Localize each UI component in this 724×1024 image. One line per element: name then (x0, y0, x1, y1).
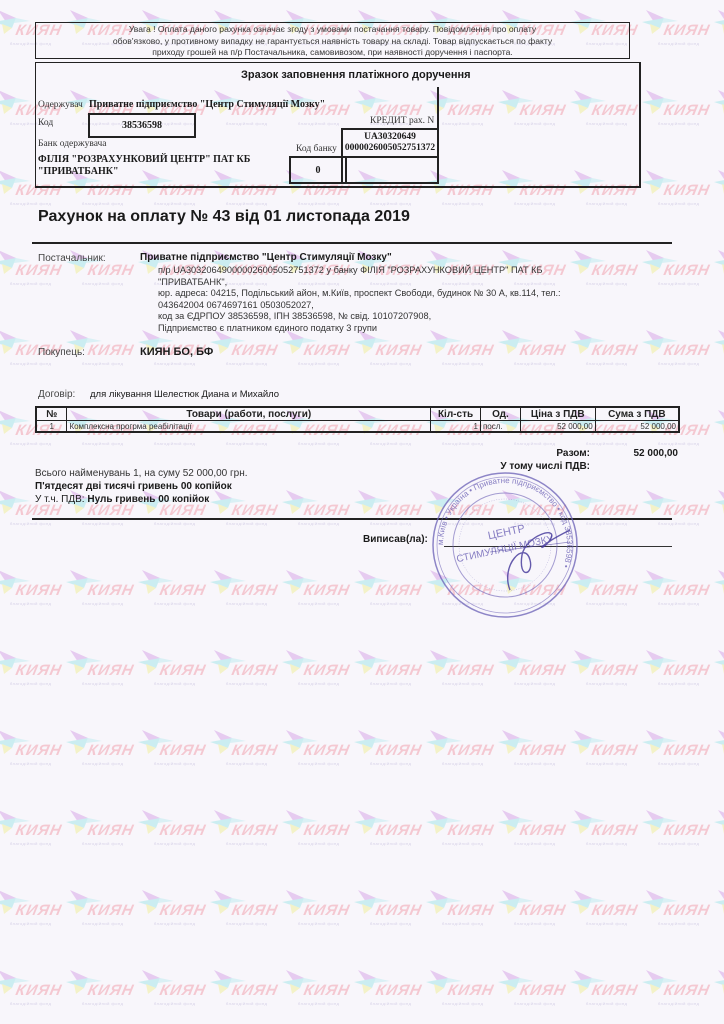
watermark-logo: КИЯНблагодійний фонд (280, 328, 342, 372)
supplier-details: п/р UA303206490000026005052751372 у банк… (158, 265, 598, 335)
watermark-logo: КИЯНблагодійний фонд (352, 968, 414, 1012)
watermark-logo: КИЯНблагодійний фонд (352, 568, 414, 612)
watermark-logo: КИЯНблагодійний фонд (0, 568, 54, 612)
watermark-logo: КИЯНблагодійний фонд (64, 808, 126, 852)
summary: Всього найменувань 1, на суму 52 000,00 … (35, 467, 248, 506)
watermark-logo: КИЯНблагодійний фонд (424, 328, 486, 372)
amount-in-words: П'ятдесят дві тисячі гривень 00 копійок (35, 480, 248, 493)
watermark-logo: КИЯНблагодійний фонд (208, 328, 270, 372)
watermark-logo: КИЯНблагодійний фонд (712, 888, 724, 932)
watermark-logo: КИЯНблагодійний фонд (280, 568, 342, 612)
cell-unit: посл. (480, 421, 520, 433)
watermark-logo: КИЯНблагодійний фонд (640, 8, 702, 52)
watermark-logo: КИЯНблагодійний фонд (712, 8, 724, 52)
watermark-logo: КИЯНблагодійний фонд (64, 728, 126, 772)
watermark-logo: КИЯНблагодійний фонд (496, 888, 558, 932)
col-header-sum: Сума з ПДВ (595, 407, 679, 421)
watermark-logo: КИЯНблагодійний фонд (424, 648, 486, 692)
watermark-logo: КИЯНблагодійний фонд (712, 248, 724, 292)
sample-title: Зразок заповнення платіжного доручення (241, 69, 471, 81)
watermark-logo: КИЯНблагодійний фонд (0, 648, 54, 692)
cell-sum: 52 000,00 (595, 421, 679, 433)
table-header-row: № Товари (работи, послуги) Кіл-сть Од. Ц… (36, 407, 679, 421)
watermark-logo: КИЯНблагодійний фонд (712, 728, 724, 772)
watermark-logo: КИЯНблагодійний фонд (712, 88, 724, 132)
contract-value: для лікування Шелестюк Диана и Михайло (90, 389, 279, 400)
notice-line: приходу грошей на п/р Постачальника, сам… (36, 47, 629, 59)
watermark-logo: КИЯНблагодійний фонд (640, 888, 702, 932)
bank-label: Банк одержувача (38, 139, 107, 149)
watermark-logo: КИЯНблагодійний фонд (712, 648, 724, 692)
watermark-logo: КИЯНблагодійний фонд (496, 968, 558, 1012)
watermark-logo: КИЯНблагодійний фонд (280, 808, 342, 852)
watermark-logo: КИЯНблагодійний фонд (280, 968, 342, 1012)
watermark-logo: КИЯНблагодійний фонд (208, 648, 270, 692)
watermark-logo: КИЯНблагодійний фонд (712, 968, 724, 1012)
credit-account-box: UA30320649 0000026005052751372 (341, 128, 439, 158)
watermark-logo: КИЯНблагодійний фонд (352, 328, 414, 372)
watermark-logo: КИЯНблагодійний фонд (280, 488, 342, 532)
invoice-title: Рахунок на оплату № 43 від 01 листопада … (38, 208, 410, 226)
watermark-logo: КИЯНблагодійний фонд (208, 728, 270, 772)
col-header-name: Товари (работи, послуги) (67, 407, 431, 421)
watermark-logo: КИЯНблагодійний фонд (640, 328, 702, 372)
watermark-logo: КИЯНблагодійний фонд (0, 968, 54, 1012)
notice-line: обов'язково, у противному випадку не гар… (36, 36, 629, 48)
col-header-qty: Кіл-сть (431, 407, 481, 421)
recipient-value: Приватне підприємство "Центр Стимуляції … (89, 99, 325, 110)
bank-value: ФІЛІЯ "РОЗРАХУНКОВИЙ ЦЕНТР" ПАТ КБ "ПРИВ… (38, 154, 250, 178)
watermark-logo: КИЯНблагодійний фонд (352, 888, 414, 932)
watermark-logo: КИЯНблагодійний фонд (136, 808, 198, 852)
title-divider (32, 242, 672, 244)
watermark-logo: КИЯНблагодійний фонд (496, 808, 558, 852)
credit-empty-box (341, 158, 439, 184)
watermark-logo: КИЯНблагодійний фонд (136, 888, 198, 932)
buyer-label: Покупець: (38, 347, 85, 358)
watermark-logo: КИЯНблагодійний фонд (280, 728, 342, 772)
payment-order-sample: Зразок заповнення платіжного доручення О… (35, 62, 641, 188)
watermark-logo: КИЯНблагодійний фонд (712, 168, 724, 212)
watermark-logo: КИЯНблагодійний фонд (136, 568, 198, 612)
contract-label: Договір: (38, 389, 75, 400)
watermark-logo: КИЯНблагодійний фонд (640, 168, 702, 212)
watermark-logo: КИЯНблагодійний фонд (424, 808, 486, 852)
credit-label: КРЕДИТ рах. N (370, 116, 434, 126)
watermark-logo: КИЯНблагодійний фонд (280, 888, 342, 932)
total-label: Разом: (480, 448, 590, 459)
cell-name: Комплексна прогрма реабілітації (67, 421, 431, 433)
watermark-logo: КИЯНблагодійний фонд (424, 728, 486, 772)
watermark-logo: КИЯНблагодійний фонд (496, 648, 558, 692)
items-table: № Товари (работи, послуги) Кіл-сть Од. Ц… (35, 406, 680, 433)
watermark-logo: КИЯНблагодійний фонд (208, 808, 270, 852)
watermark-logo: КИЯНблагодійний фонд (352, 728, 414, 772)
watermark-logo: КИЯНблагодійний фонд (496, 328, 558, 372)
watermark-logo: КИЯНблагодійний фонд (568, 808, 630, 852)
col-header-price: Ціна з ПДВ (520, 407, 595, 421)
supplier-label: Постачальник: (38, 253, 106, 264)
watermark-logo: КИЯНблагодійний фонд (136, 648, 198, 692)
watermark-logo: КИЯНблагодійний фонд (640, 488, 702, 532)
watermark-logo: КИЯНблагодійний фонд (640, 568, 702, 612)
company-stamp: м.Київ • Україна • Приватне підприємство… (430, 470, 580, 620)
watermark-logo: КИЯНблагодійний фонд (424, 968, 486, 1012)
watermark-logo: КИЯНблагодійний фонд (568, 888, 630, 932)
watermark-logo: КИЯНблагодійний фонд (0, 728, 54, 772)
code-label: Код (38, 118, 53, 128)
total-value: 52 000,00 (600, 448, 678, 459)
watermark-logo: КИЯНблагодійний фонд (352, 488, 414, 532)
supplier-name: Приватне підприємство "Центр Стимуляції … (140, 252, 392, 263)
col-header-unit: Од. (480, 407, 520, 421)
watermark-logo: КИЯНблагодійний фонд (568, 728, 630, 772)
watermark-logo: КИЯНблагодійний фонд (280, 648, 342, 692)
watermark-logo: КИЯНблагодійний фонд (64, 968, 126, 1012)
cell-qty: 1 (431, 421, 481, 433)
bank-code-box: 0 (289, 156, 347, 184)
watermark-logo: КИЯНблагодійний фонд (496, 728, 558, 772)
svg-text:ЦЕНТР: ЦЕНТР (487, 523, 526, 543)
watermark-logo: КИЯНблагодійний фонд (568, 328, 630, 372)
watermark-logo: КИЯНблагодійний фонд (208, 568, 270, 612)
issued-by-label: Виписав(ла): (363, 534, 428, 545)
watermark-logo: КИЯНблагодійний фонд (712, 568, 724, 612)
watermark-logo: КИЯНблагодійний фонд (640, 88, 702, 132)
watermark-logo: КИЯНблагодійний фонд (712, 808, 724, 852)
watermark-logo: КИЯНблагодійний фонд (64, 888, 126, 932)
watermark-logo: КИЯНблагодійний фонд (640, 968, 702, 1012)
cell-no: 1 (36, 421, 67, 433)
col-header-no: № (36, 407, 67, 421)
bank-code-label: Код банку (296, 144, 337, 154)
buyer-name: КИЯН БО, БФ (140, 346, 213, 358)
watermark-logo: КИЯНблагодійний фонд (64, 648, 126, 692)
watermark-logo: КИЯНблагодійний фонд (640, 248, 702, 292)
watermark-logo: КИЯНблагодійний фонд (640, 808, 702, 852)
watermark-logo: КИЯНблагодійний фонд (712, 328, 724, 372)
watermark-logo: КИЯНблагодійний фонд (640, 728, 702, 772)
watermark-logo: КИЯНблагодійний фонд (352, 808, 414, 852)
watermark-logo: КИЯНблагодійний фонд (712, 488, 724, 532)
watermark-logo: КИЯНблагодійний фонд (0, 888, 54, 932)
notice-line: Увага ! Оплата даного рахунка означає зг… (36, 24, 629, 36)
watermark-logo: КИЯНблагодійний фонд (640, 648, 702, 692)
watermark-logo: КИЯНблагодійний фонд (712, 408, 724, 452)
code-box: 38536598 (88, 113, 196, 138)
recipient-label: Одержувач (38, 100, 83, 110)
watermark-logo: КИЯНблагодійний фонд (208, 968, 270, 1012)
watermark-logo: КИЯНблагодійний фонд (0, 808, 54, 852)
watermark-logo: КИЯНблагодійний фонд (352, 648, 414, 692)
watermark-logo: КИЯНблагодійний фонд (568, 968, 630, 1012)
vat-in-words-line: У т.ч. ПДВ: Нуль гривень 00 копійок (35, 493, 248, 506)
watermark-logo: КИЯНблагодійний фонд (64, 568, 126, 612)
watermark-logo: КИЯНблагодійний фонд (568, 648, 630, 692)
payment-notice: Увага ! Оплата даного рахунка означає зг… (35, 22, 630, 59)
items-count-line: Всього найменувань 1, на суму 52 000,00 … (35, 467, 248, 480)
watermark-logo: КИЯНблагодійний фонд (424, 888, 486, 932)
watermark-logo: КИЯНблагодійний фонд (136, 728, 198, 772)
watermark-logo: КИЯНблагодійний фонд (208, 888, 270, 932)
table-row: 1 Комплексна прогрма реабілітації 1 посл… (36, 421, 679, 433)
cell-price: 52 000,00 (520, 421, 595, 433)
watermark-logo: КИЯНблагодійний фонд (136, 968, 198, 1012)
